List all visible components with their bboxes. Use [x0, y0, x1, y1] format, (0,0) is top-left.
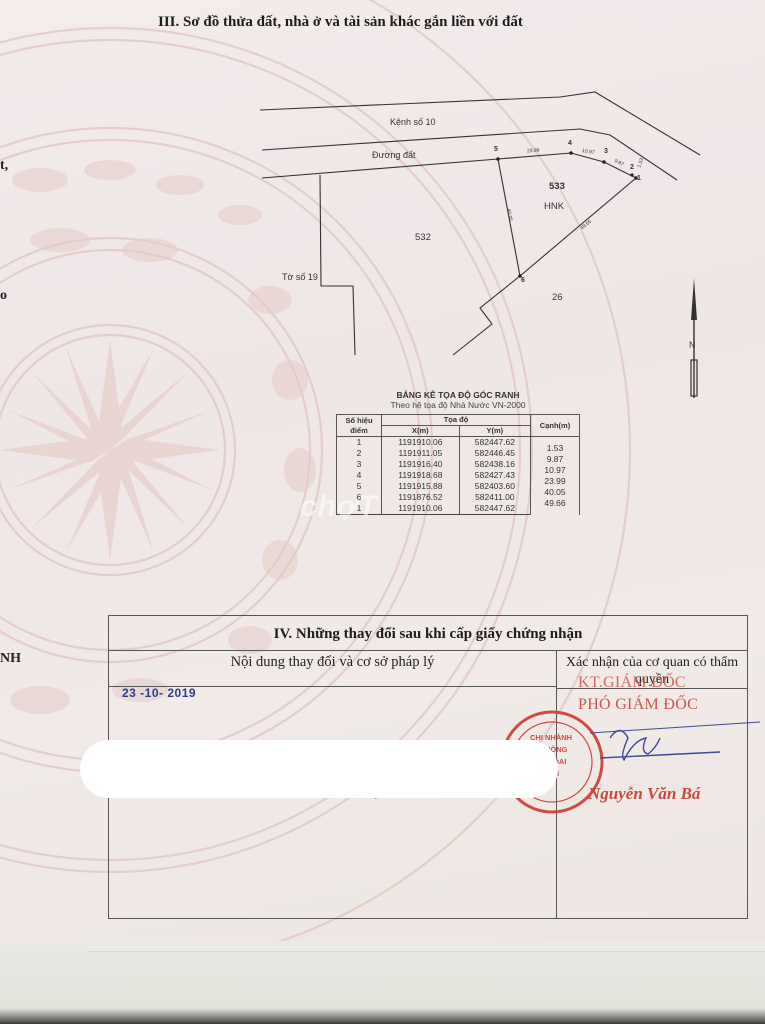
page-edge-strip	[88, 941, 765, 952]
desk-surface	[0, 945, 765, 1024]
redacted-area	[80, 740, 558, 798]
signer-name: Nguyễn Văn Bá	[588, 784, 700, 804]
certificate-page: III. Sơ đồ thửa đất, nhà ở và tài sản kh…	[0, 0, 765, 945]
signature-icon	[600, 731, 720, 761]
